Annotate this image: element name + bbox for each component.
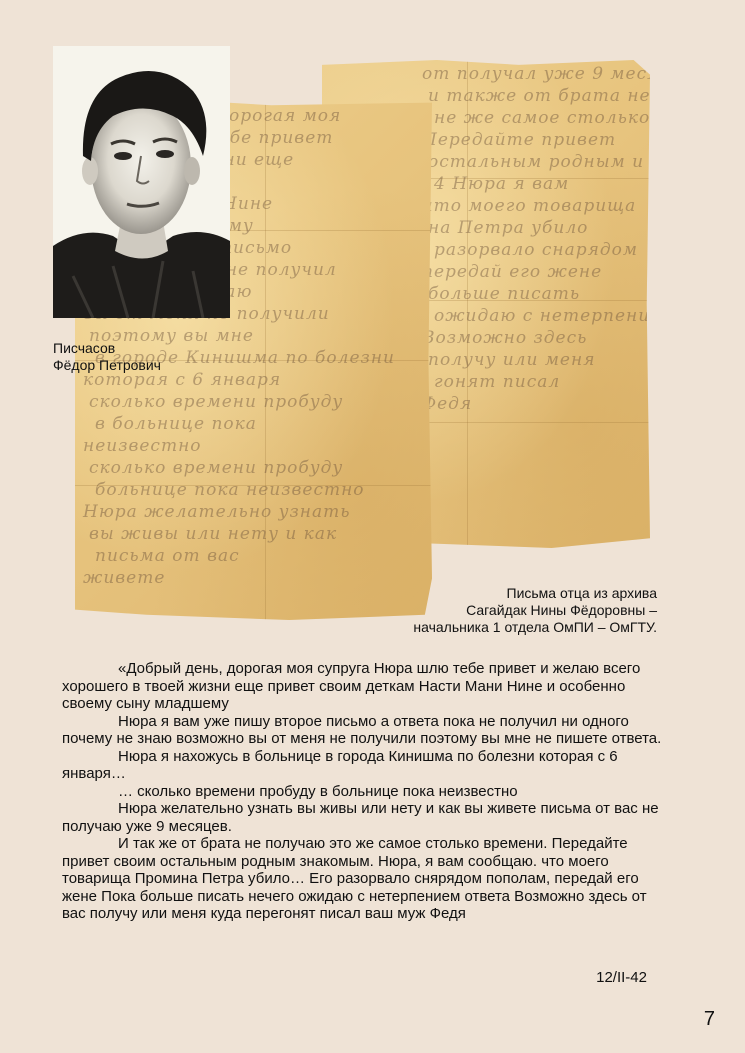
transcript-paragraph: … сколько времени пробуду в больнице пок… xyxy=(62,783,662,801)
transcript-paragraph: Нюра желательно узнать вы живы или нету … xyxy=(62,800,662,835)
handwriting-line: письма от вас xyxy=(75,546,432,566)
transcript-paragraph: И так же от брата не получаю это же само… xyxy=(62,835,662,923)
page-number: 7 xyxy=(704,1008,715,1031)
portrait-icon xyxy=(53,46,230,318)
handwriting-line: вы живы или нету и как xyxy=(75,524,432,544)
handwriting-line: от получал уже 9 месяц xyxy=(322,64,650,84)
handwriting-line: больнице пока неизвестно xyxy=(75,480,432,500)
transcript-paragraph: «Добрый день, дорогая моя супруга Нюра ш… xyxy=(62,660,662,713)
person-caption: Писчасов Фёдор Петрович xyxy=(53,340,161,374)
archive-caption-line: Сагайдак Нины Фёдоровны – xyxy=(413,602,657,619)
letter-transcript: «Добрый день, дорогая моя супруга Нюра ш… xyxy=(62,660,662,923)
archive-caption-line: начальника 1 отдела ОмПИ – ОмГТУ. xyxy=(413,619,657,636)
handwriting-line: живете xyxy=(75,568,432,588)
letter-date: 12/II-42 xyxy=(596,969,647,986)
handwriting-line: Нюра желательно узнать xyxy=(75,502,432,522)
person-surname: Писчасов xyxy=(53,340,161,357)
handwriting-line: сколько времени пробуду xyxy=(75,458,432,478)
portrait-photo xyxy=(53,46,230,318)
handwriting-line: сколько времени пробуду xyxy=(75,392,432,412)
archive-caption: Письма отца из архива Сагайдак Нины Фёдо… xyxy=(413,585,657,636)
handwriting-line: в больнице пока xyxy=(75,414,432,434)
archive-caption-line: Письма отца из архива xyxy=(413,585,657,602)
transcript-paragraph: Нюра я нахожусь в больнице в города Кини… xyxy=(62,748,662,783)
handwriting-line: и также от брата не xyxy=(322,86,650,106)
transcript-paragraph: Нюра я вам уже пишу второе письмо а отве… xyxy=(62,713,662,748)
handwriting-line: неизвестно xyxy=(75,436,432,456)
person-name: Фёдор Петрович xyxy=(53,357,161,374)
